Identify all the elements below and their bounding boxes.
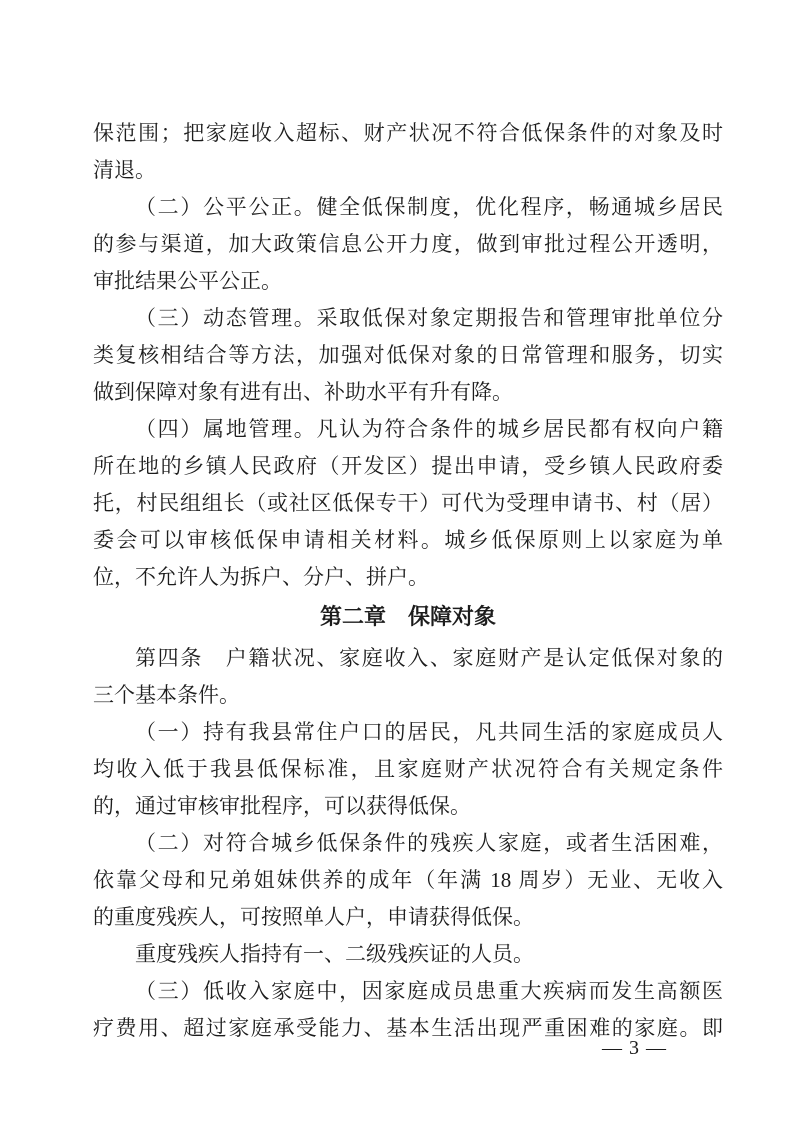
document-text-block: 保范围；把家庭收入超标、财产状况不符合低保条件的对象及时清退。（二）公平公正。健… bbox=[93, 115, 723, 1047]
text-line: 依靠父母和兄弟姐妹供养的成年（年满 18 周岁）无业、无收入 bbox=[93, 862, 723, 899]
text-line: 的，通过审核审批程序，可以获得低保。 bbox=[93, 788, 723, 825]
text-line: 位，不允许人为拆户、分户、拼户。 bbox=[93, 559, 723, 596]
text-line: 的参与渠道，加大政策信息公开力度，做到审批过程公开透明， bbox=[93, 226, 723, 263]
document-page: 保范围；把家庭收入超标、财产状况不符合低保条件的对象及时清退。（二）公平公正。健… bbox=[0, 0, 793, 1122]
text-line: （三）低收入家庭中，因家庭成员患重大疾病而发生高额医 bbox=[93, 973, 723, 1010]
chapter-heading: 第二章 保障对象 bbox=[93, 598, 723, 635]
text-line: 委会可以审核低保申请相关材料。城乡低保原则上以家庭为单 bbox=[93, 522, 723, 559]
text-line: 类复核相结合等方法，加强对低保对象的日常管理和服务，切实 bbox=[93, 337, 723, 374]
page-number: — 3 — bbox=[602, 1035, 667, 1061]
text-line: 第四条 户籍状况、家庭收入、家庭财产是认定低保对象的 bbox=[93, 640, 723, 677]
text-line: 重度残疾人指持有一、二级残疾证的人员。 bbox=[93, 936, 723, 973]
text-line: 三个基本条件。 bbox=[93, 677, 723, 714]
text-line: （三）动态管理。采取低保对象定期报告和管理审批单位分 bbox=[93, 300, 723, 337]
text-line: 的重度残疾人，可按照单人户，申请获得低保。 bbox=[93, 899, 723, 936]
text-line: （二）公平公正。健全低保制度，优化程序，畅通城乡居民 bbox=[93, 189, 723, 226]
text-line: （二）对符合城乡低保条件的残疾人家庭，或者生活困难， bbox=[93, 825, 723, 862]
text-line: 所在地的乡镇人民政府（开发区）提出申请，受乡镇人民政府委 bbox=[93, 448, 723, 485]
text-line: （四）属地管理。凡认为符合条件的城乡居民都有权向户籍 bbox=[93, 411, 723, 448]
text-line: （一）持有我县常住户口的居民，凡共同生活的家庭成员人 bbox=[93, 714, 723, 751]
text-line: 均收入低于我县低保标准，且家庭财产状况符合有关规定条件 bbox=[93, 751, 723, 788]
text-line: 审批结果公平公正。 bbox=[93, 263, 723, 300]
text-line: 清退。 bbox=[93, 152, 723, 189]
text-line: 保范围；把家庭收入超标、财产状况不符合低保条件的对象及时 bbox=[93, 115, 723, 152]
text-line: 托，村民组组长（或社区低保专干）可代为受理申请书、村（居） bbox=[93, 485, 723, 522]
text-line: 做到保障对象有进有出、补助水平有升有降。 bbox=[93, 374, 723, 411]
